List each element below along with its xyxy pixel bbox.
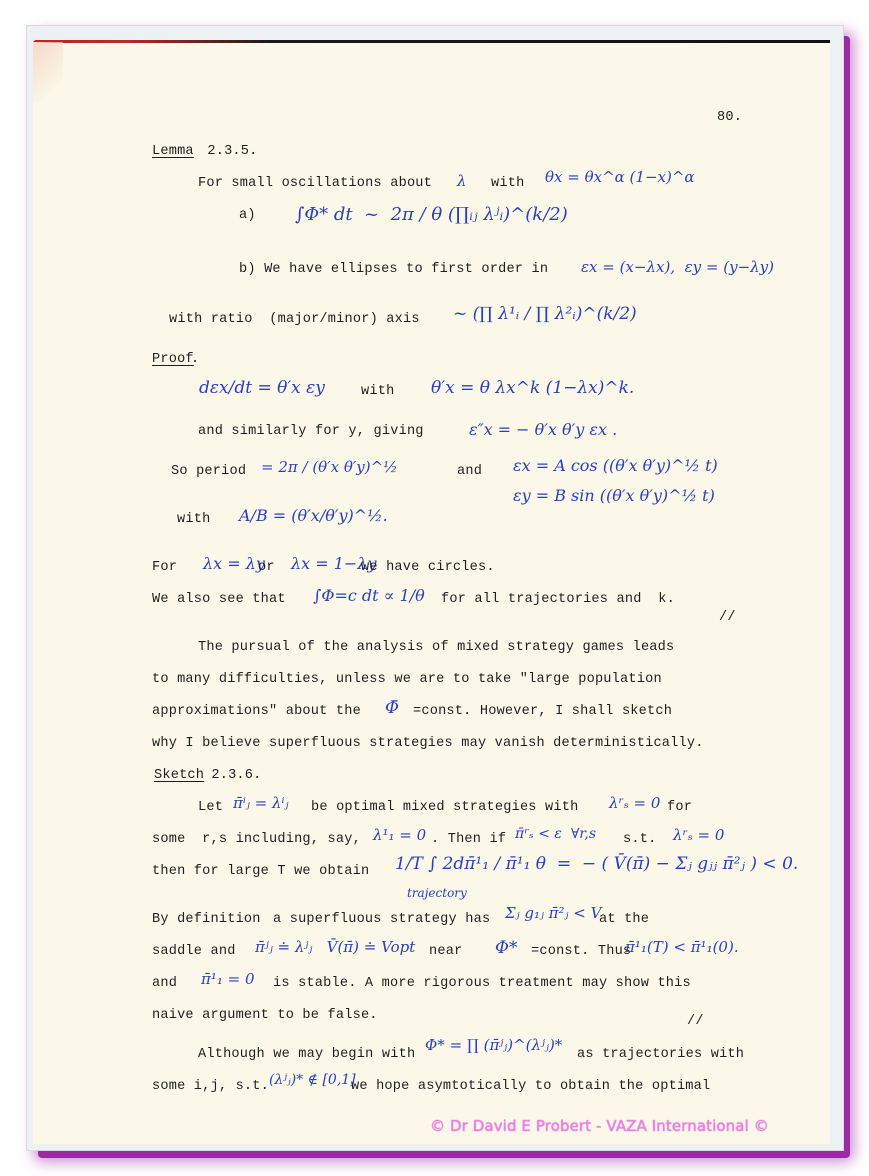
sketch-near-symbol: Φ*: [495, 938, 517, 958]
sketch-st-formula: λʳₛ = 0: [673, 826, 724, 844]
sketch-heading: Sketch: [154, 768, 204, 783]
also-formula: ∫Φ=c dt ∝ 1/θ: [313, 586, 425, 605]
paragraph-line-4: why I believe superfluous strategies may…: [152, 736, 704, 751]
sketch-near: near: [429, 944, 462, 959]
proof-eq1: dεx/dt = θ′x εy: [199, 378, 325, 398]
page-corner-fade: [33, 42, 63, 102]
lemma-intro: For small oscillations about: [198, 176, 432, 191]
sketch-large-formula: 1/T ∫ 2dπ̄¹₁ / π̄¹₁ θ = − ( V̄(π̄) − Σⱼ …: [395, 854, 798, 874]
sketch-const-thus: =const. Thus: [531, 944, 631, 959]
lemma-intro-symbol: λ: [457, 172, 467, 190]
sketch-naive-text: naive argument to be false.: [152, 1008, 378, 1023]
sketch-def-text-a: By definition: [152, 912, 261, 927]
sketch-qed-mark: //: [687, 1014, 704, 1029]
closing-line-1b: as trajectories with: [577, 1047, 744, 1062]
sketch-trajectory-label: trajectory: [407, 886, 467, 900]
sketch-optimal-formula: λʳₛ = 0: [609, 794, 660, 812]
lemma-intro-with: with: [491, 176, 524, 191]
lemma-ratio-formula: ~ (∏ λ¹ᵢ / ∏ λ²ᵢ)^(k/2): [453, 304, 637, 324]
lemma-part-b-text: b) We have ellipses to first order in: [239, 262, 548, 277]
proof-similarly-formula: ε″x = − θ′x θ′y εx .: [469, 420, 617, 439]
closing-line-2-formula: (λʲⱼ)* ∉ [0,1]: [269, 1072, 356, 1088]
sketch-number: 2.3.6.: [203, 768, 262, 783]
paragraph-line-2: to many difficulties, unless we are to t…: [152, 672, 662, 687]
sketch-optimal-text: be optimal mixed strategies with: [311, 800, 578, 815]
sketch-and-formula: π̄¹₁ = 0: [201, 970, 255, 988]
page-top-edge: [33, 40, 830, 43]
sketch-then-formula: π̄ʳₛ < ε ∀r,s: [515, 826, 596, 842]
proof-ex-formula: εx = A cos ((θ′x θ′y)^½ t): [513, 456, 718, 475]
lemma-qed-mark: //: [719, 610, 736, 625]
sketch-let-formula: π̄ⁱⱼ = λⁱⱼ: [233, 794, 288, 812]
proof-eq1-with: with: [361, 384, 394, 399]
sketch-stable-text: is stable. A more rigorous treatment may…: [273, 976, 691, 991]
sketch-large-text: then for large T we obtain: [152, 864, 369, 879]
page-number: 80.: [717, 110, 742, 125]
paragraph-line-3b: =const. However, I shall sketch: [413, 704, 672, 719]
lemma-number: 2.3.5.: [199, 144, 258, 159]
paragraph-line-3a: approximations" about the: [152, 704, 361, 719]
proof-ab-formula: A/B = (θ′x/θ′y)^½.: [239, 506, 388, 525]
circles-cond1: λx = λy: [203, 554, 265, 573]
sketch-for: for: [667, 800, 692, 815]
proof-period-text: So period: [171, 464, 246, 479]
closing-line-2b: we hope asymtotically to obtain the opti…: [351, 1079, 710, 1094]
also-tail: for all trajectories and k.: [441, 592, 675, 607]
sketch-let: Let: [198, 800, 223, 815]
circles-or: or: [258, 560, 275, 575]
paragraph-line-1: The pursual of the analysis of mixed str…: [198, 640, 674, 655]
also-text: We also see that: [152, 592, 286, 607]
copyright-watermark: © Dr David E Probert - VAZA Internationa…: [430, 1117, 769, 1135]
lemma-ratio-text: with ratio (major/minor) axis: [169, 312, 420, 327]
sketch-def-tail: at the: [599, 912, 649, 927]
closing-line-1-formula: Φ* = ∏ (π̄ʲⱼ)^(λʲⱼ)*: [425, 1036, 562, 1054]
document-page: 80. Lemma 2.3.5. For small oscillations …: [33, 40, 830, 1144]
proof-with-text: with: [177, 512, 210, 527]
sketch-and: and: [152, 976, 177, 991]
sketch-some-text: some r,s including, say,: [152, 832, 361, 847]
proof-eq1-def: θ′x = θ λx^k (1−λx)^k.: [431, 378, 634, 398]
sketch-saddle-formula: π̄ʲⱼ ≐ λʲⱼ V̄(π̄) ≐ Vopt: [255, 938, 415, 956]
lemma-part-a-label: a): [239, 208, 256, 223]
sketch-st: s.t.: [623, 832, 656, 847]
paragraph-phi-symbol: Φ̄: [385, 698, 399, 718]
proof-period-formula: = 2π / (θ′x θ′y)^½: [261, 458, 398, 476]
closing-line-2a: some i,j, s.t.: [152, 1079, 269, 1094]
circles-result: we have circles.: [361, 560, 495, 575]
proof-period-and: and: [457, 464, 482, 479]
proof-heading-dot: .: [191, 352, 199, 367]
closing-line-1a: Although we may begin with: [198, 1047, 415, 1062]
lemma-part-a-formula: ∫Φ* dt ~ 2π / θ (∏ᵢⱼ λʲᵢ)^(k/2): [295, 204, 568, 225]
proof-similarly-text: and similarly for y, giving: [198, 424, 424, 439]
sketch-some-formula: λ¹₁ = 0: [373, 826, 426, 844]
sketch-def-formula: Σⱼ g₁ⱼ π̄²ⱼ < V: [505, 904, 601, 922]
sketch-thus-formula: π̄¹₁(T) < π̄¹₁(0).: [625, 938, 739, 956]
proof-heading: Proof: [152, 352, 194, 367]
sketch-saddle-text: saddle and: [152, 944, 236, 959]
sketch-then-if: . Then if: [431, 832, 506, 847]
sketch-def-text-b: a superfluous strategy has: [273, 912, 490, 927]
lemma-part-b-formula: εx = (x−λx), εy = (y−λy): [581, 258, 774, 276]
lemma-heading: Lemma: [152, 144, 194, 159]
lemma-theta-formula: θx = θx^α (1−x)^α: [545, 168, 695, 186]
circles-for: For: [152, 560, 177, 575]
proof-ey-formula: εy = B sin ((θ′x θ′y)^½ t): [513, 486, 715, 505]
